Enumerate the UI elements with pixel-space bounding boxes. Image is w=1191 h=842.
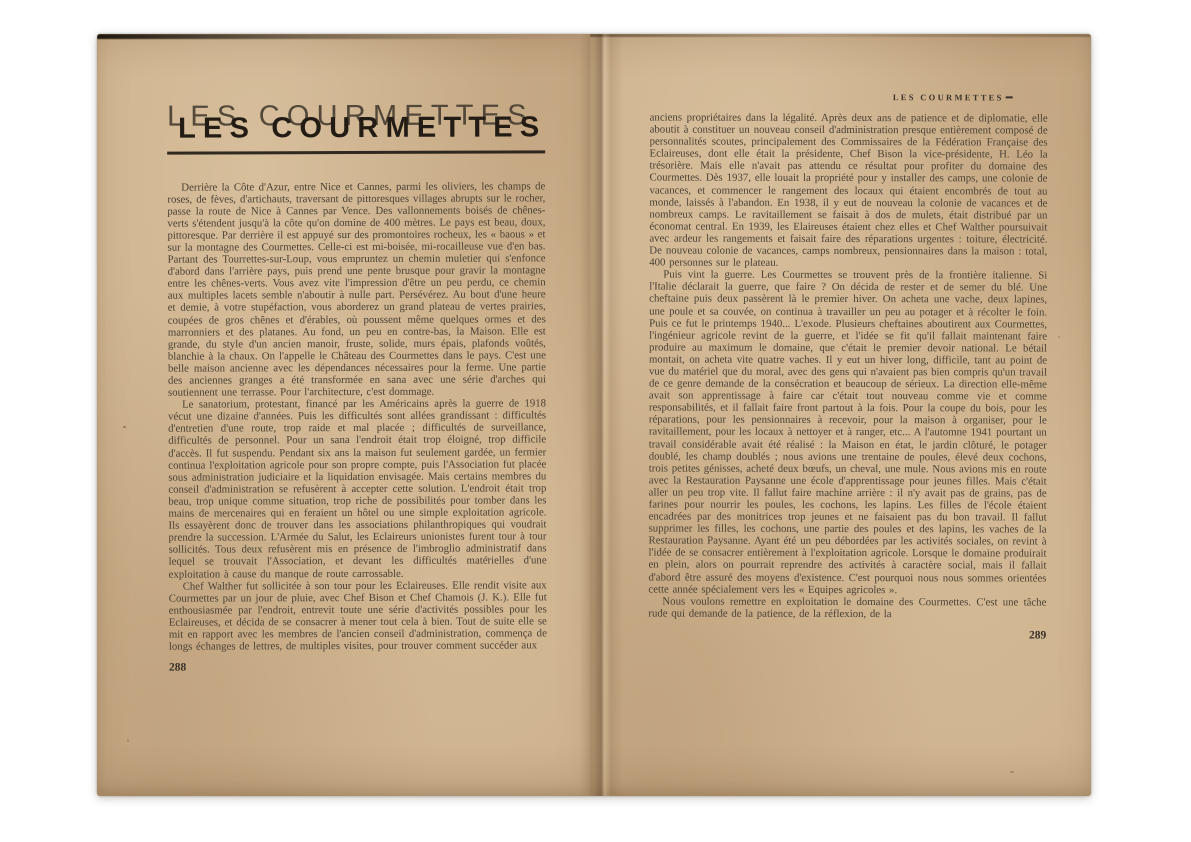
chapter-title-block: LES COURMETTES LES COURMETTES <box>167 101 545 151</box>
paper-speckle <box>123 426 126 428</box>
running-header-dash <box>1006 96 1013 98</box>
title-underline <box>167 150 545 154</box>
page-left: LES COURMETTES LES COURMETTES Derrière l… <box>97 34 590 796</box>
body-paragraph: Le sanatorium, protestant, financé par l… <box>168 398 547 581</box>
body-paragraph: Derrière la Côte d'Azur, entre Nice et C… <box>167 180 546 399</box>
paper-speckle <box>1010 771 1014 773</box>
paper-speckle <box>127 739 129 742</box>
scan-canvas: { "book": { "chapter_title": "LES COURME… <box>0 0 1191 842</box>
page-left-content: LES COURMETTES LES COURMETTES Derrière l… <box>167 101 547 673</box>
chapter-title: LES COURMETTES <box>178 113 546 143</box>
page-number-left: 288 <box>169 660 547 673</box>
body-paragraph: Puis vint la guerre. Les Courmettes se t… <box>648 269 1047 597</box>
page-number-right: 289 <box>648 628 1046 641</box>
page-right: LES COURMETTES anciens propriétaires dan… <box>590 34 1091 796</box>
running-header: LES COURMETTES <box>650 91 1048 102</box>
body-paragraph: anciens propriétaires dans la légalité. … <box>649 111 1047 269</box>
body-paragraph: Chef Walther fut sollicitée à son tour p… <box>169 579 547 653</box>
page-right-content: LES COURMETTES anciens propriétaires dan… <box>648 91 1047 641</box>
book-spread: LES COURMETTES LES COURMETTES Derrière l… <box>97 34 1091 796</box>
paper-speckle <box>1058 336 1060 338</box>
running-header-text: LES COURMETTES <box>893 92 1004 102</box>
body-paragraph: Nous voulons remettre en exploitation le… <box>648 595 1046 620</box>
